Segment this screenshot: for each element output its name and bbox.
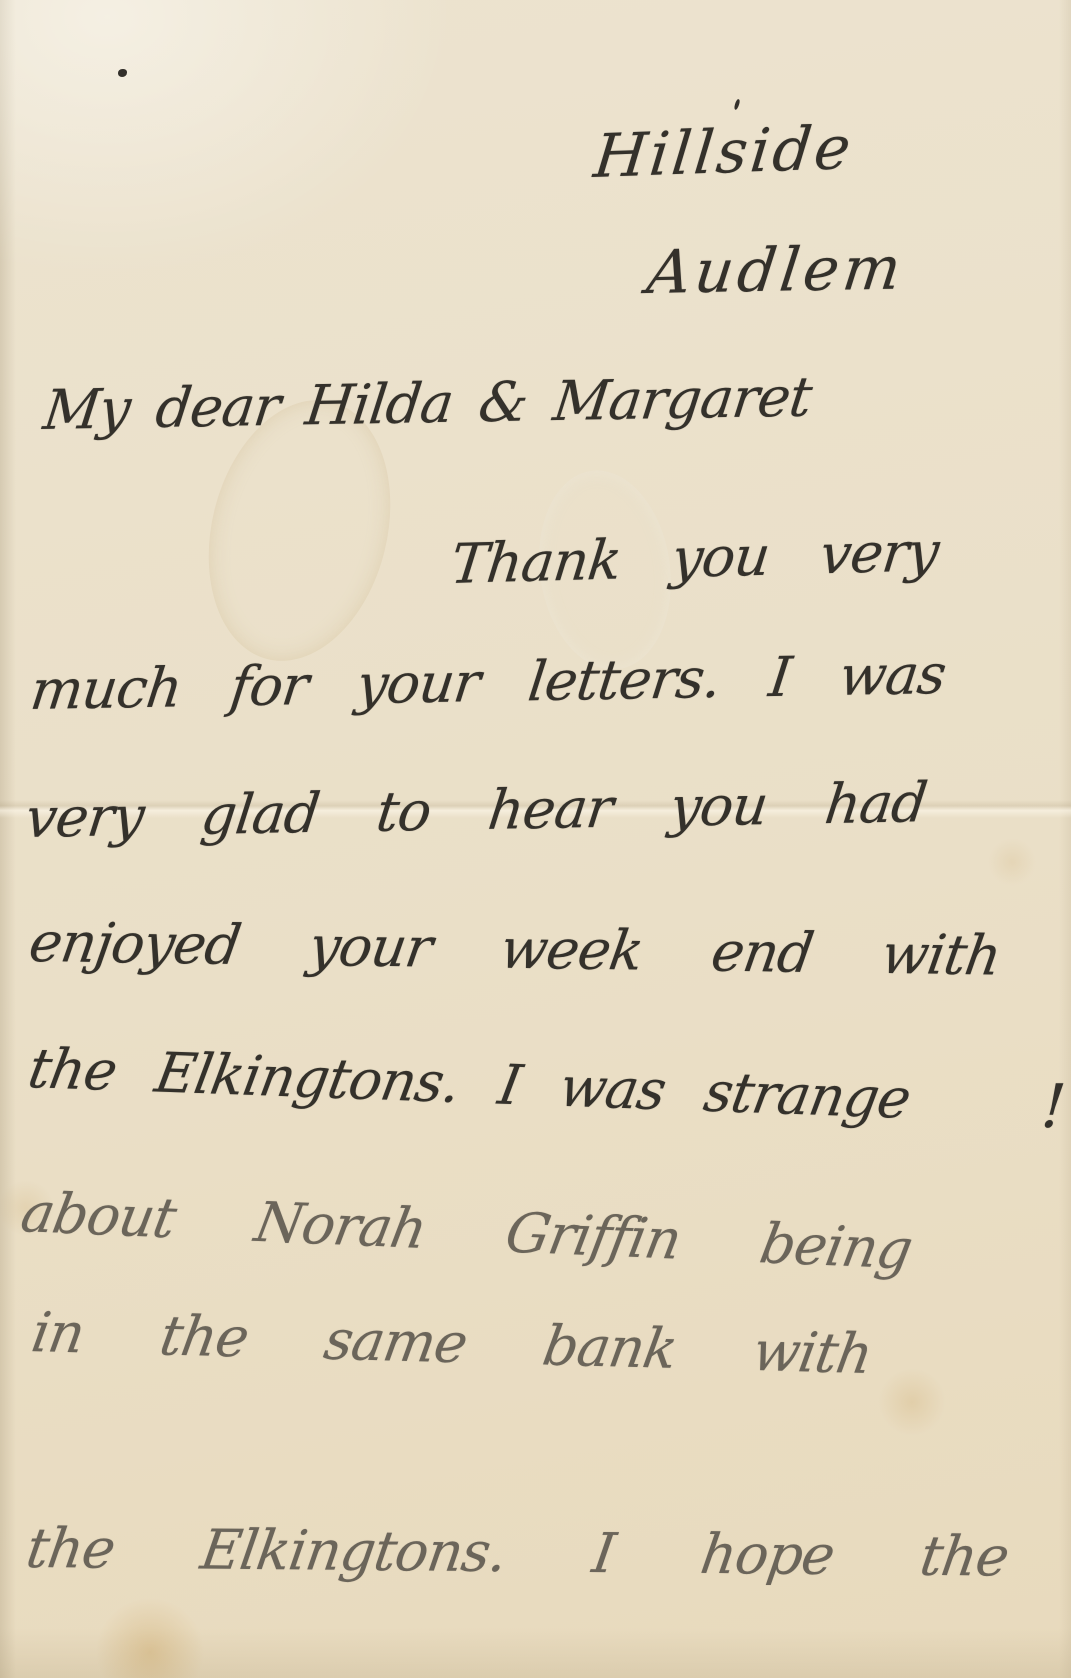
letter-scan: Hillside Audlem My dear Hilda & Margaret… — [0, 0, 1071, 1678]
ink-speck — [118, 69, 127, 77]
address-line-audlem: Audlem — [643, 234, 908, 308]
body-line-3: very glad to hear you had — [22, 770, 930, 850]
body-line-2: much for your letters. I was — [27, 642, 949, 722]
body-line-4: enjoyed your week end with — [25, 910, 1005, 988]
address-line-hillside: Hillside — [591, 113, 857, 192]
salutation-line: My dear Hilda & Margaret — [40, 365, 815, 442]
exclamation-mark: ! — [1039, 1072, 1067, 1142]
body-line-1: Thank you very — [448, 519, 942, 596]
body-line-8: the Elkingtons. I hope the — [22, 1516, 1012, 1589]
ink-speck — [734, 99, 741, 111]
body-line-6: about Norah Griffin being — [16, 1180, 917, 1281]
body-line-7: in the same bank with — [27, 1300, 876, 1386]
body-line-5: the Elkingtons. I was strange — [24, 1036, 915, 1131]
